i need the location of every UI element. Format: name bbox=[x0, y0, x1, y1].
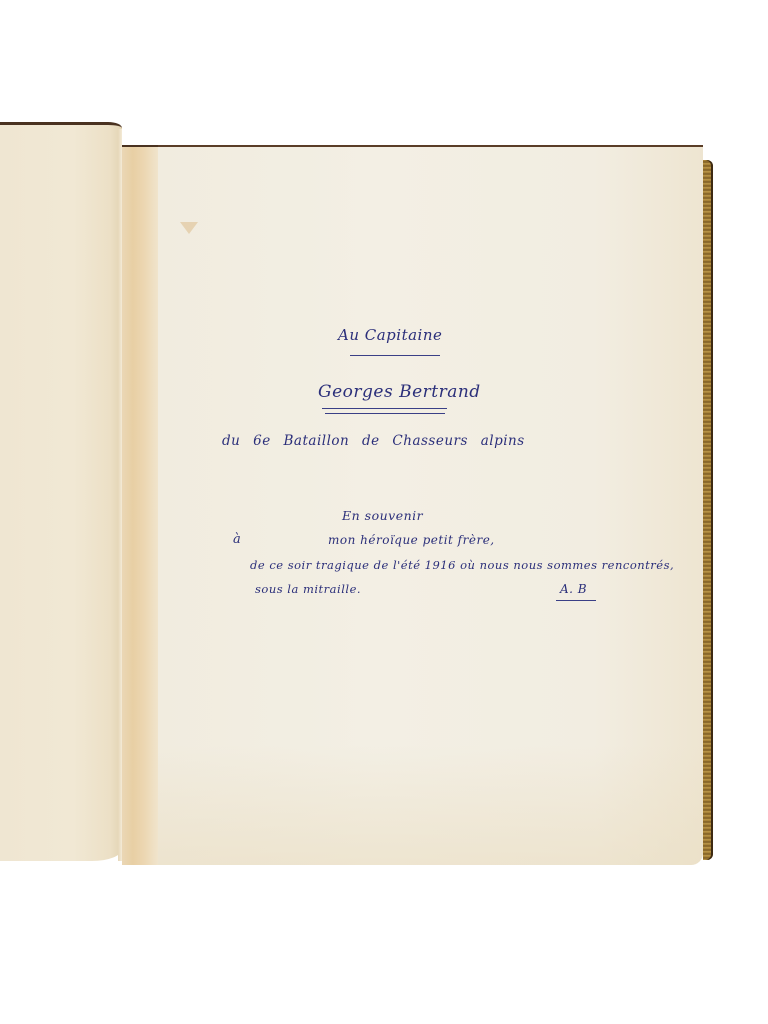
dedication-line-souvenir: En souvenir bbox=[342, 508, 423, 523]
dedication-line-unit: du 6e Bataillon de Chasseurs alpins bbox=[222, 433, 525, 449]
gilt-page-edge bbox=[703, 160, 713, 860]
right-page bbox=[158, 145, 703, 865]
paper-stain bbox=[180, 222, 198, 234]
dedication-line-name: Georges Bertrand bbox=[318, 382, 481, 402]
signature-underline bbox=[556, 600, 596, 601]
dedication-mark: à bbox=[233, 532, 241, 547]
signature: A. B bbox=[560, 582, 587, 596]
dedication-line-title: Au Capitaine bbox=[338, 326, 442, 344]
photo-scene: Au Capitaine Georges Bertrand du 6e Bata… bbox=[0, 0, 768, 1024]
book-gutter bbox=[122, 145, 158, 865]
left-page bbox=[0, 122, 122, 861]
dedication-line-brother: mon héroïque petit frère, bbox=[328, 533, 495, 547]
double-underline-bottom bbox=[325, 413, 445, 414]
dedication-line-mitraille: sous la mitraille. bbox=[255, 582, 361, 596]
dedication-line-evening: de ce soir tragique de l'été 1916 où nou… bbox=[250, 558, 674, 572]
double-underline-top bbox=[322, 408, 447, 409]
underline bbox=[350, 355, 440, 356]
